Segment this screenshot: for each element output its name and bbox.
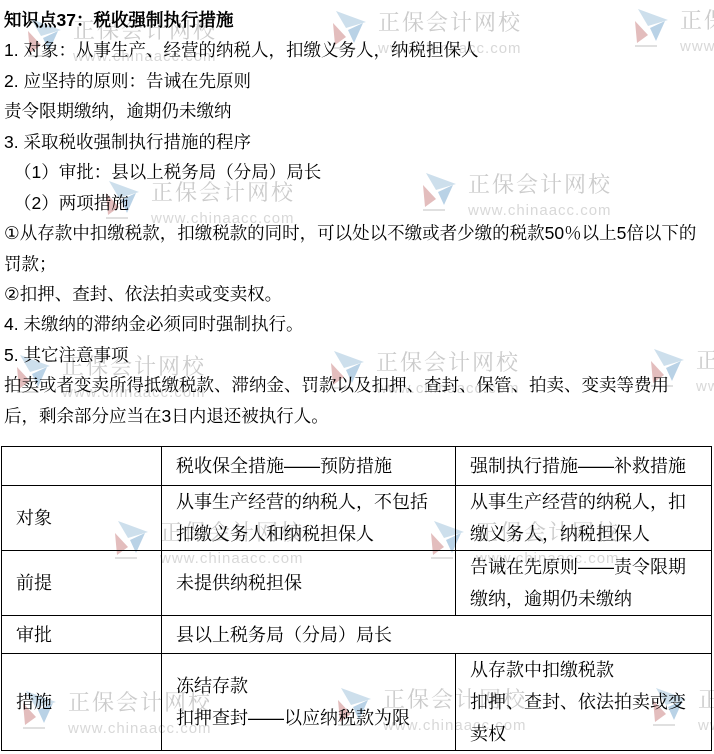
cell-qianti-qiangzhi: 告诫在先原则——责令限期缴纳，逾期仍未缴纳 (456, 551, 712, 616)
header-cell-blank (2, 447, 162, 486)
cell-shenpi-merged: 县以上税务局（分局）局长 (162, 616, 712, 654)
page: 正保会计网校 www.chinaacc.com 正保会计网校 www.china… (0, 0, 714, 754)
text-line: 责令限期缴纳，逾期仍未缴纳 (4, 96, 710, 126)
text-line: 4. 未缴纳的滞纳金必须同时强制执行。 (4, 309, 710, 339)
text-line: 拍卖或者变卖所得抵缴税款、滞纳金、罚款以及扣押、查封、保管、拍卖、变卖等费用 (4, 370, 710, 400)
text-line: 罚款； (4, 249, 710, 279)
row-label: 审批 (2, 616, 162, 654)
text-line: 3. 采取税收强制执行措施的程序 (4, 127, 710, 157)
cell-line: 从存款中扣缴税款 (470, 654, 701, 686)
table-row: 对象 从事生产经营的纳税人，不包括扣缴义务人和纳税担保人 从事生产经营的纳税人，… (2, 486, 712, 551)
header-cell-baoquan: 税收保全措施——预防措施 (162, 447, 456, 486)
note-text-block: 知识点37：税收强制执行措施 1. 对象：从事生产、经营的纳税人，扣缴义务人，纳… (0, 0, 714, 431)
table-row: 前提 未提供纳税担保 告诫在先原则——责令限期缴纳，逾期仍未缴纳 (2, 551, 712, 616)
table-header-row: 税收保全措施——预防措施 强制执行措施——补救措施 (2, 447, 712, 486)
text-line: 1. 对象：从事生产、经营的纳税人，扣缴义务人，纳税担保人 (4, 35, 710, 65)
text-line: 5. 其它注意事项 (4, 340, 710, 370)
page-title: 知识点37：税收强制执行措施 (4, 5, 710, 35)
cell-duixiang-qiangzhi: 从事生产经营的纳税人，扣缴义务人，纳税担保人 (456, 486, 712, 551)
cell-line: 扣押、查封、依法拍卖或变卖权 (470, 686, 701, 750)
text-line: ②扣押、查封、依法拍卖或变卖权。 (4, 279, 710, 309)
cell-line: 冻结存款 (176, 670, 445, 702)
table-row: 审批 县以上税务局（分局）局长 (2, 616, 712, 654)
row-label: 措施 (2, 654, 162, 751)
comparison-table: 税收保全措施——预防措施 强制执行措施——补救措施 对象 从事生产经营的纳税人，… (1, 446, 712, 751)
text-line: 2. 应坚持的原则：告诫在先原则 (4, 66, 710, 96)
row-label: 对象 (2, 486, 162, 551)
cell-cuoshi-baoquan: 冻结存款 扣押查封——以应纳税款为限 (162, 654, 456, 751)
text-line: 后，剩余部分应当在3日内退还被执行人。 (4, 401, 710, 431)
text-line: ①从存款中扣缴税款，扣缴税款的同时，可以处以不缴或者少缴的税款50％以上5倍以下… (4, 218, 710, 248)
text-line: （2）两项措施 (4, 188, 710, 218)
cell-qianti-baoquan: 未提供纳税担保 (162, 551, 456, 616)
row-label: 前提 (2, 551, 162, 616)
text-line: （1）审批：县以上税务局（分局）局长 (4, 157, 710, 187)
cell-line: 扣押查封——以应纳税款为限 (176, 702, 445, 734)
table-row: 措施 冻结存款 扣押查封——以应纳税款为限 从存款中扣缴税款 扣押、查封、依法拍… (2, 654, 712, 751)
cell-cuoshi-qiangzhi: 从存款中扣缴税款 扣押、查封、依法拍卖或变卖权 (456, 654, 712, 751)
cell-duixiang-baoquan: 从事生产经营的纳税人，不包括扣缴义务人和纳税担保人 (162, 486, 456, 551)
header-cell-qiangzhi: 强制执行措施——补救措施 (456, 447, 712, 486)
